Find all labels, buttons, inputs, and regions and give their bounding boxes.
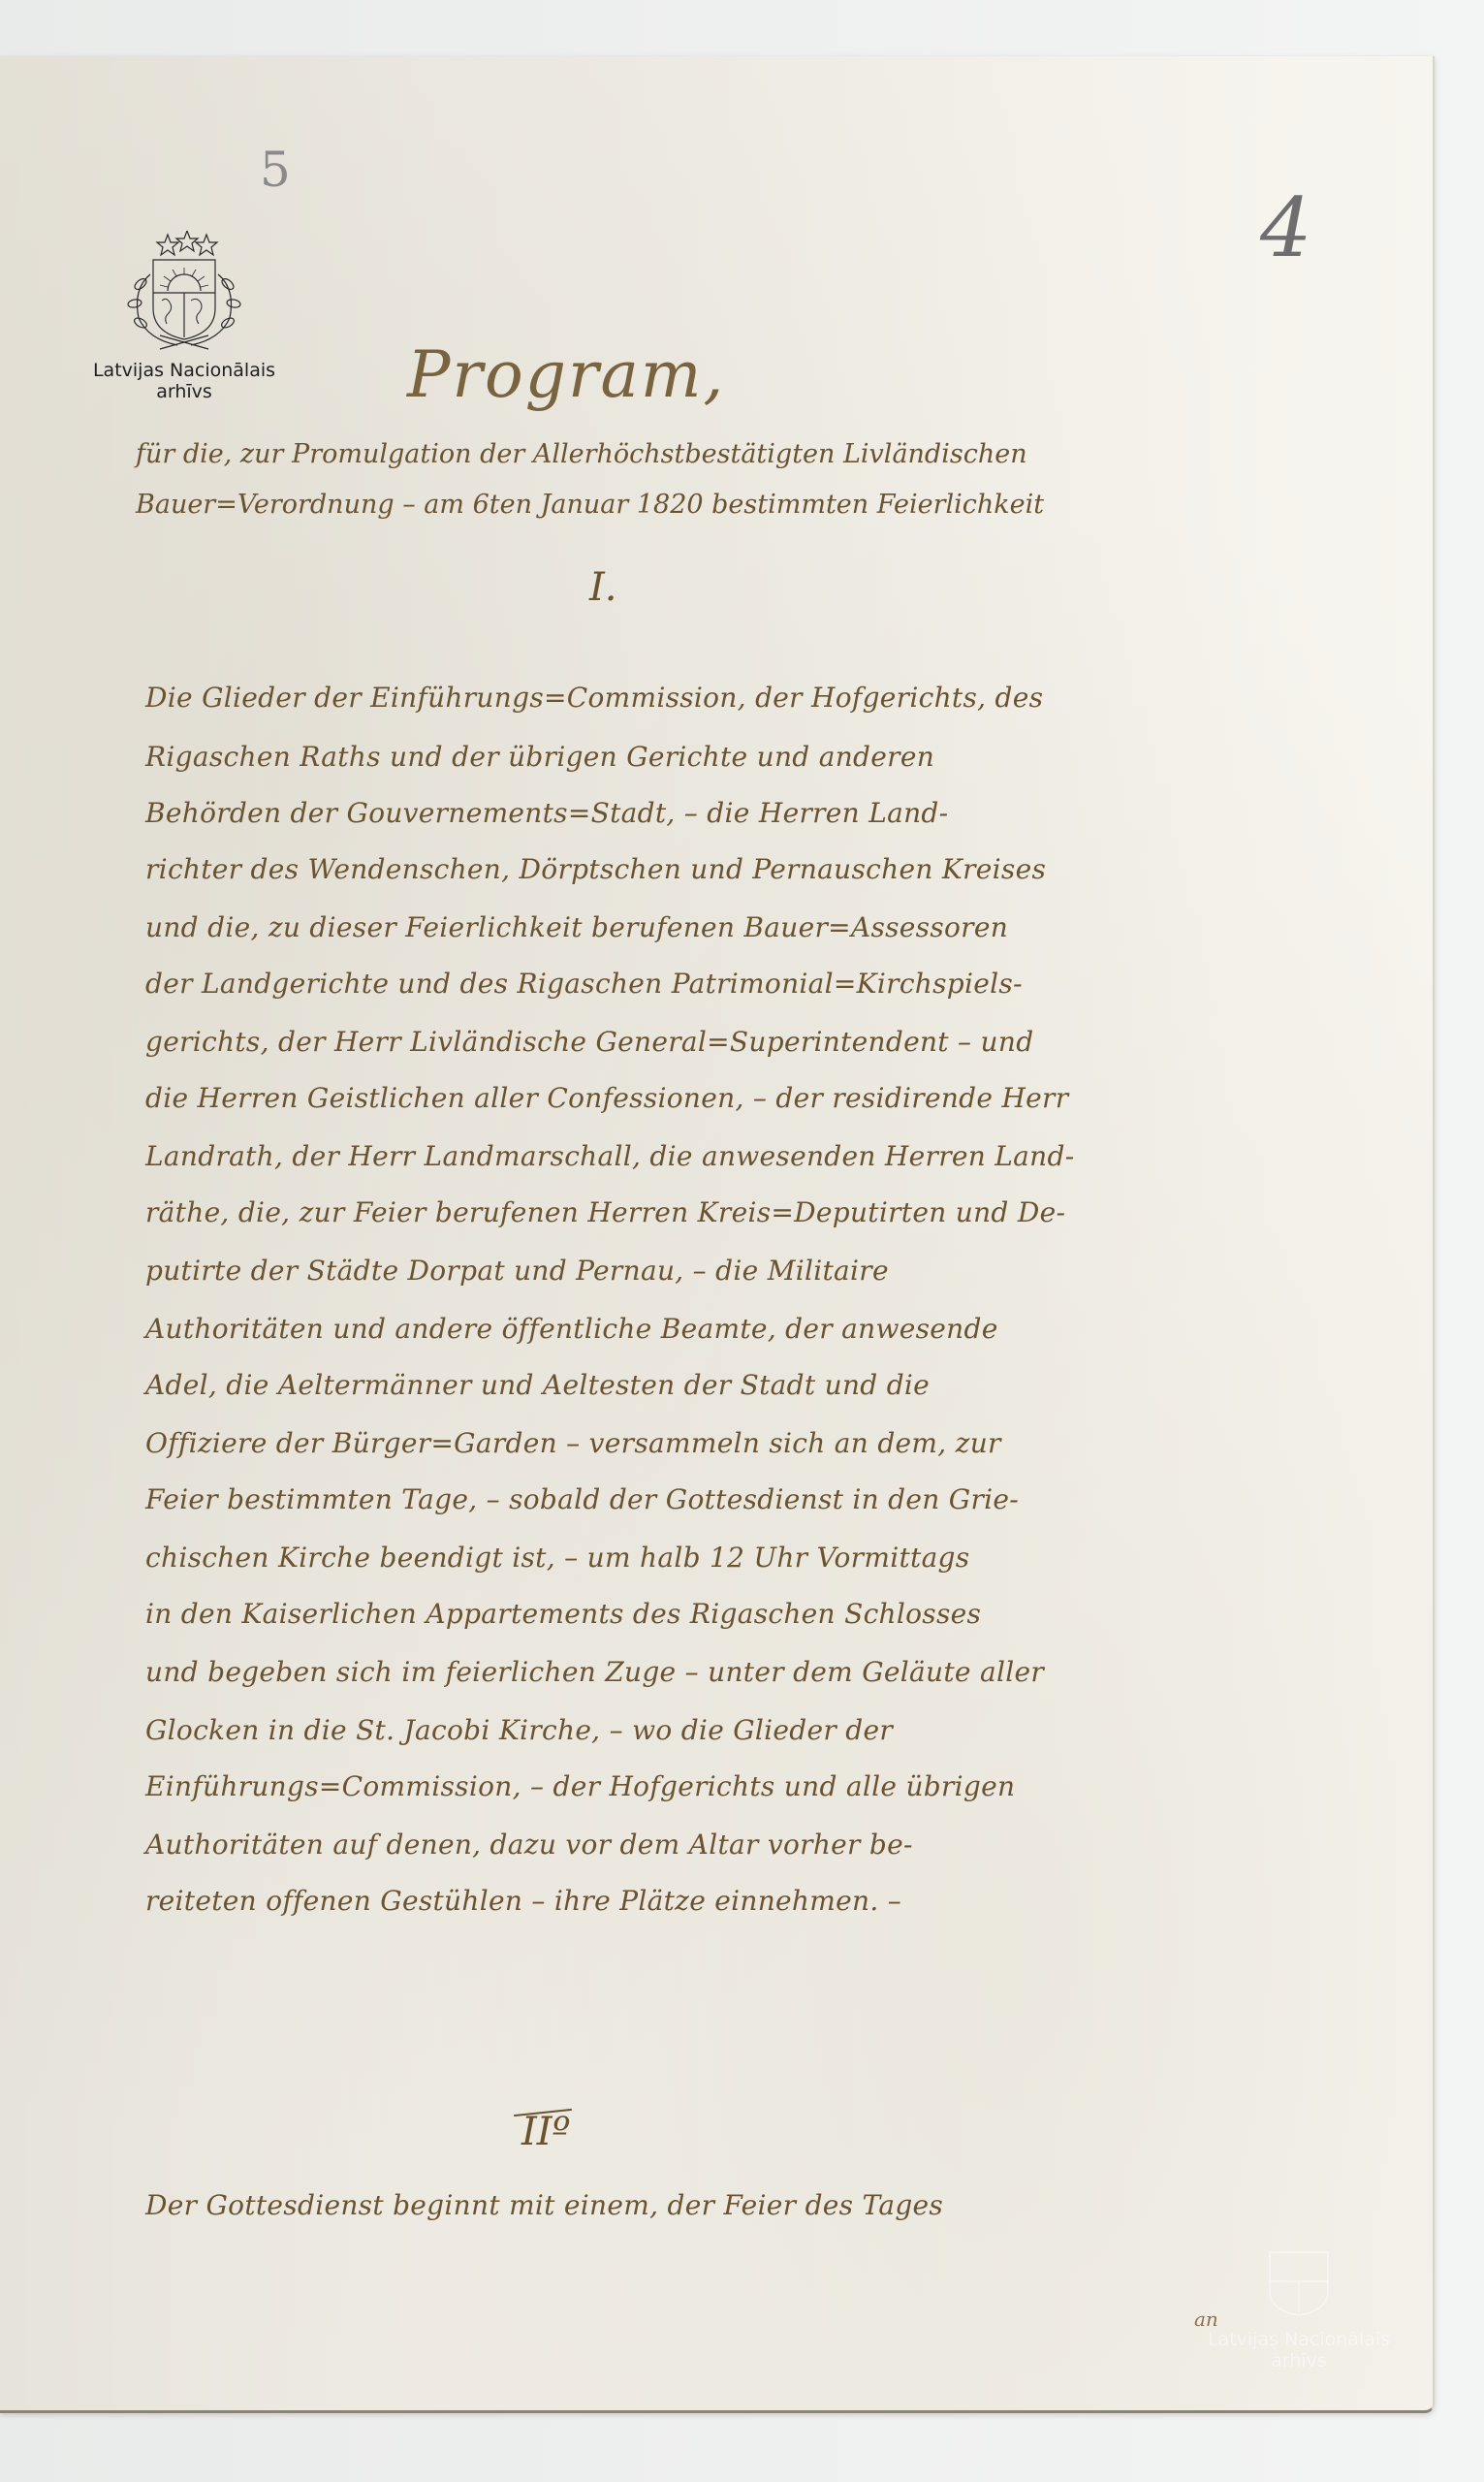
body-line: Authoritäten auf denen, dazu vor dem Alt…	[145, 1829, 913, 1861]
body-line: richter des Wendenschen, Dörptschen und …	[145, 853, 1046, 885]
body-line: Der Gottesdienst beginnt mit einem, der …	[145, 2189, 943, 2221]
coat-of-arms-icon	[121, 231, 247, 352]
body-line: und begeben sich im feierlichen Zuge – u…	[145, 1656, 1044, 1688]
body-line: der Landgerichte und des Rigaschen Patri…	[145, 968, 1023, 1000]
body-line: Behörden der Gouvernements=Stadt, – die …	[145, 797, 948, 829]
coat-of-arms-watermark-icon	[1265, 2247, 1333, 2317]
archive-watermark: Latvijas Nacionālais arhīvs	[1202, 2247, 1396, 2371]
body-line: räthe, die, zur Feier berufenen Herren K…	[145, 1196, 1065, 1228]
body-line: reiteten offenen Gestühlen – ihre Plätze…	[145, 1885, 901, 1917]
subtitle-line: Bauer=Verordnung – am 6ten Januar 1820 b…	[136, 490, 1044, 520]
body-line: chischen Kirche beendigt ist, – um halb …	[145, 1542, 969, 1574]
subtitle-line: für die, zur Promulgation der Allerhöchs…	[136, 439, 1027, 469]
pencil-mark: 5	[260, 142, 291, 198]
document-title: Program,	[407, 337, 725, 412]
archive-name-line1: Latvijas Nacionālais	[78, 360, 291, 381]
body-line: Rigaschen Raths und der übrigen Gerichte…	[145, 741, 934, 773]
watermark-line1: Latvijas Nacionālais	[1202, 2329, 1396, 2350]
body-line: die Herren Geistlichen aller Confessione…	[145, 1082, 1068, 1114]
body-line: in den Kaiserlichen Appartements des Rig…	[145, 1598, 981, 1630]
body-line: Die Glieder der Einführungs=Commission, …	[145, 682, 1043, 714]
body-line: putirte der Städte Dorpat und Pernau, – …	[145, 1255, 889, 1287]
document-page: 5 4	[0, 56, 1435, 2413]
archive-logo: Latvijas Nacionālais arhīvs	[78, 231, 291, 402]
body-line: Adel, die Aeltermänner und Aeltesten der…	[145, 1369, 930, 1401]
section-number: I.	[589, 565, 617, 610]
watermark-line2: arhīvs	[1202, 2350, 1396, 2371]
body-line: Feier bestimmten Tage, – sobald der Gott…	[145, 1483, 1019, 1515]
archive-name-line2: arhīvs	[78, 381, 291, 402]
body-line: und die, zu dieser Feierlichkeit berufen…	[145, 911, 1008, 943]
body-line: gerichts, der Herr Livländische General=…	[145, 1026, 1033, 1058]
body-line: Authoritäten und andere öffentliche Beam…	[145, 1313, 998, 1345]
body-line: Offiziere der Bürger=Garden – versammeln…	[145, 1427, 1001, 1459]
body-line: Glocken in die St. Jacobi Kirche, – wo d…	[145, 1714, 893, 1746]
body-line: Landrath, der Herr Landmarschall, die an…	[145, 1140, 1075, 1172]
section-number: IIº	[521, 2110, 570, 2154]
folio-number: 4	[1260, 180, 1311, 275]
body-line: Einführungs=Commission, – der Hofgericht…	[145, 1770, 1015, 1802]
